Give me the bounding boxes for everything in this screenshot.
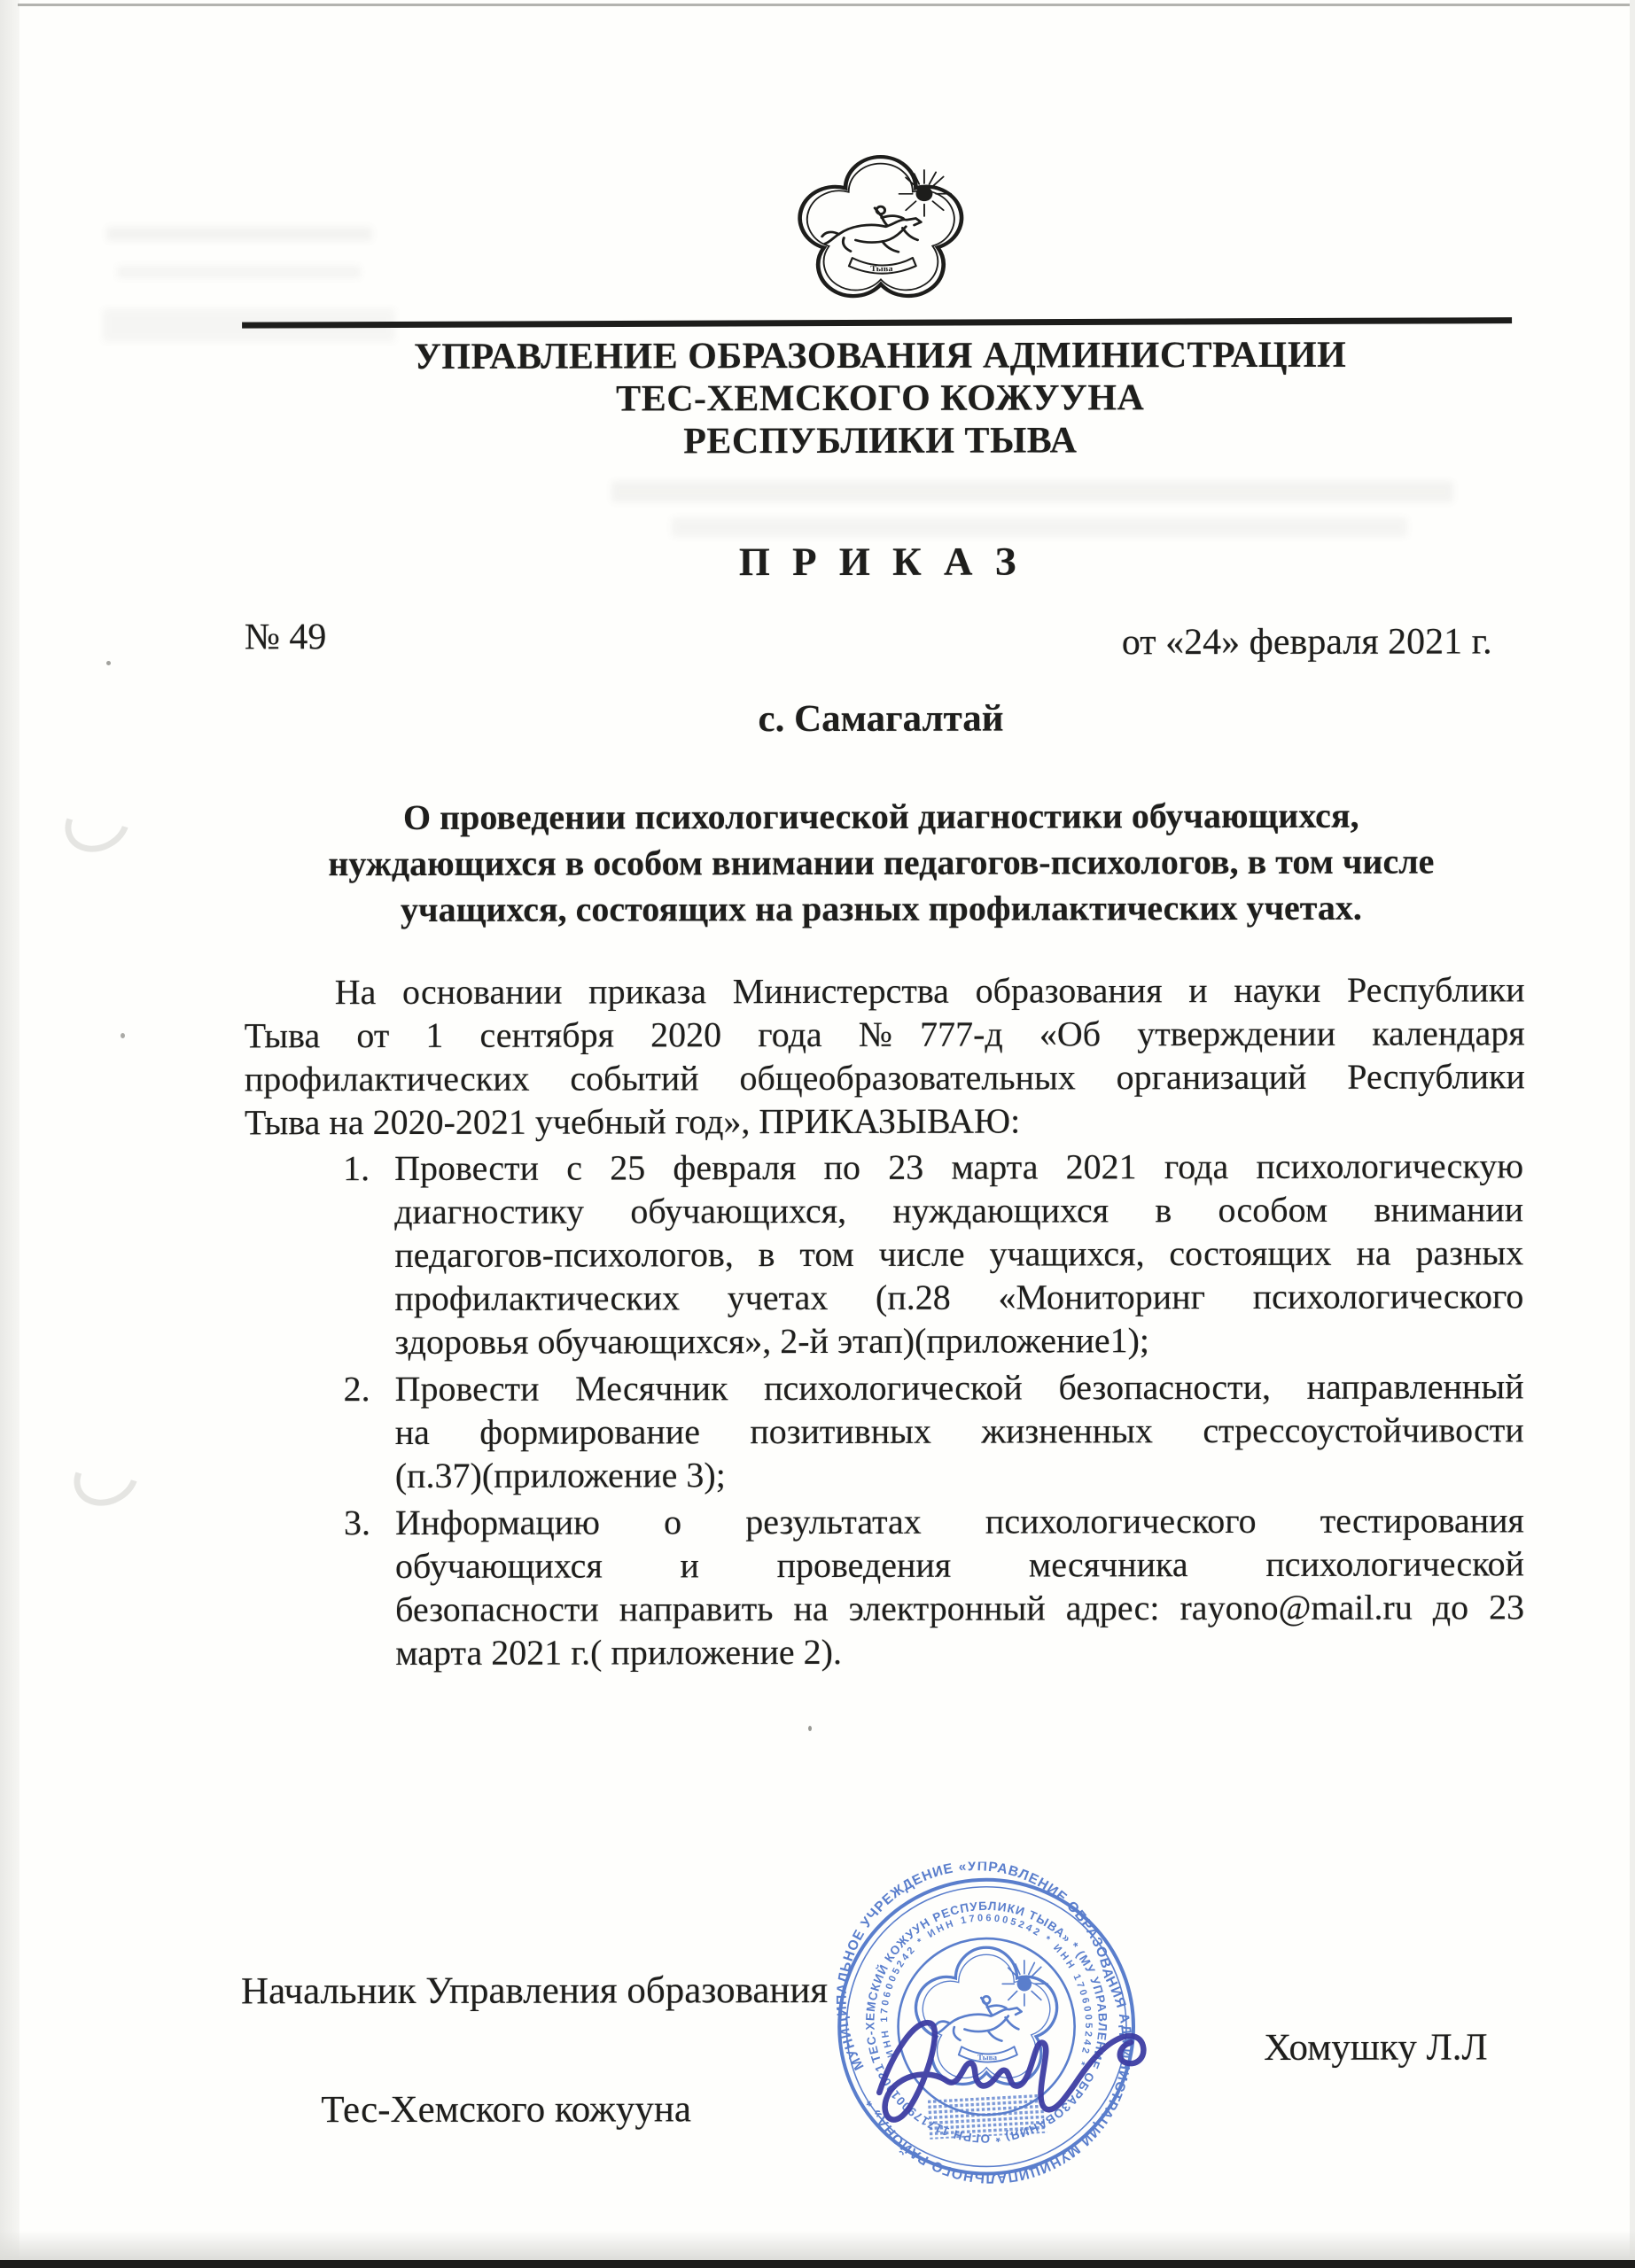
- list-item: 1. Провести с 25 февраля по 23 марта 202…: [343, 1144, 1524, 1363]
- signer-position-line2: Тес-Хемского кожууна: [321, 2087, 691, 2132]
- list-item-number: 3.: [344, 1501, 395, 1674]
- signer-name: Хомушку Л.Л: [1264, 2025, 1488, 2070]
- order-items-list: 1. Провести с 25 февраля по 23 марта 202…: [343, 1144, 1524, 1674]
- subject-line: учащихся, состоящих на разных профилакти…: [243, 884, 1519, 933]
- intro-line: На основании приказа Министерства образо…: [245, 967, 1525, 1014]
- order-heading: П Р И К А З: [243, 537, 1519, 586]
- list-item-number: 2.: [344, 1367, 395, 1497]
- header-divider: [242, 317, 1512, 329]
- subject-line: нуждающихся в особом внимании педагогов-…: [243, 838, 1519, 887]
- order-subject: О проведении психологической диагностики…: [243, 792, 1519, 933]
- signer-position-line1: Начальник Управления образования: [241, 1969, 828, 2013]
- org-name-line: РЕСПУБЛИКИ ТЫВА: [242, 418, 1518, 463]
- intro-line: Тыва на 2020-2021 учебный год», ПРИКАЗЫВ…: [245, 1098, 1525, 1144]
- list-item-text: Провести с 25 февраля по 23 марта 2021 г…: [394, 1144, 1524, 1363]
- order-place: с. Самагалтай: [243, 695, 1519, 742]
- list-item: 2. Провести Месячник психологической без…: [344, 1364, 1524, 1497]
- intro-line: Тыва от 1 сентября 2020 года №777-д «Об …: [245, 1011, 1525, 1057]
- order-date: от «24» февраля 2021 г.: [1122, 620, 1492, 664]
- subject-line: О проведении психологической диагностики…: [243, 792, 1519, 841]
- intro-paragraph: На основании приказа Министерства образо…: [245, 967, 1525, 1144]
- org-name-block: УПРАВЛЕНИЕ ОБРАЗОВАНИЯ АДМИНИСТРАЦИИ ТЕС…: [242, 333, 1518, 463]
- org-name-line: УПРАВЛЕНИЕ ОБРАЗОВАНИЯ АДМИНИСТРАЦИИ: [242, 333, 1518, 378]
- org-name-line: ТЕС-ХЕМСКОГО КОЖУУНА: [242, 376, 1518, 421]
- scanned-order-document: Тыва УПРАВЛЕНИЕ ОБРАЗОВАНИЯ АДМИНИСТРАЦИ…: [0, 0, 1635, 2268]
- order-number: № 49: [245, 616, 327, 658]
- intro-line: профилактических событий общеобразовател…: [245, 1054, 1525, 1100]
- list-item: 3. Информацию о результатах психологичес…: [344, 1498, 1524, 1674]
- list-item-text: Информацию о результатах психологическог…: [395, 1498, 1524, 1674]
- list-item-text: Провести Месячник психологической безопа…: [395, 1364, 1524, 1497]
- tuva-emblem: Тыва: [789, 148, 973, 315]
- handwritten-signature: [833, 1968, 1214, 2155]
- list-item-number: 1.: [343, 1146, 395, 1363]
